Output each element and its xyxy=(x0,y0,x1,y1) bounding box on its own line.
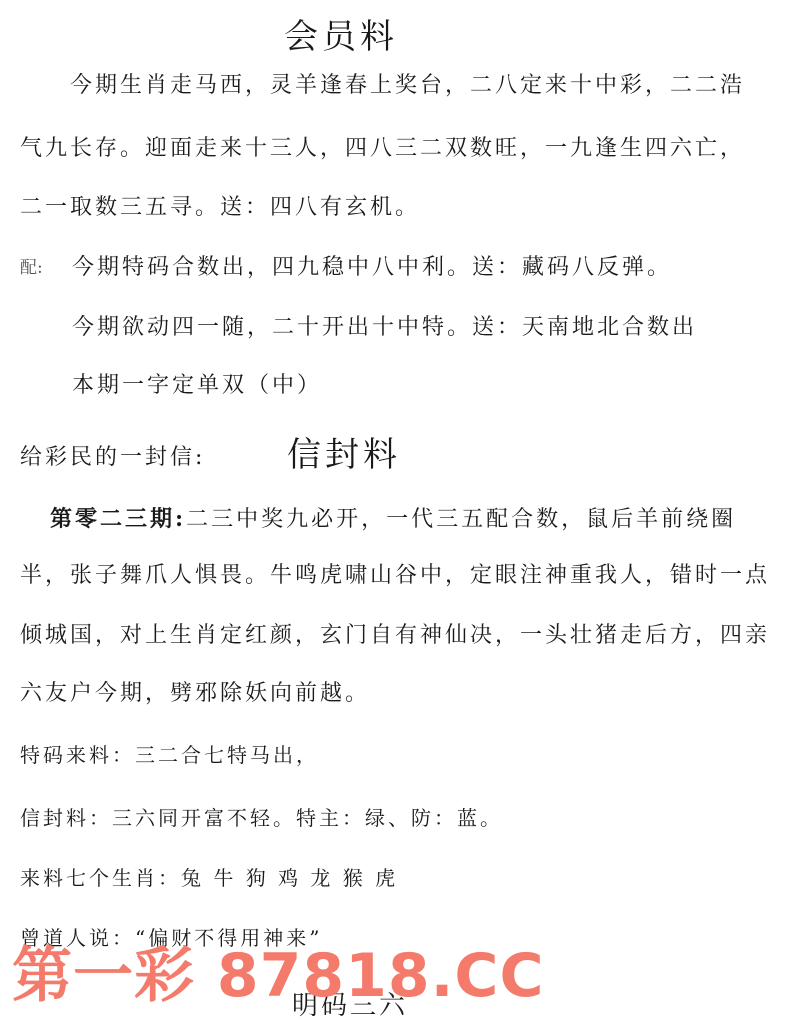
letter-body-1: 二三中奖九必开，一代三五配合数，鼠后羊前绕圈 xyxy=(186,507,736,532)
pei-label: 配: xyxy=(20,260,43,277)
member-poem-line-1: 今期生肖走马西，灵羊逢春上奖台，二八定来十中彩，二二浩 xyxy=(70,75,745,97)
member-poem-line-3: 二一取数三五寻。送：四八有玄机。 xyxy=(20,197,420,219)
issue-label: 第零二三期: xyxy=(50,506,186,532)
seven-zodiacs-label: 来料七个生肖： xyxy=(20,866,181,890)
seven-zodiacs-note: 来料七个生肖：兔 牛 狗 鸡 龙 猴 虎 xyxy=(20,868,398,888)
envelope-note: 信封料：三六同开富不轻。特主：绿、防：蓝。 xyxy=(20,808,503,828)
member-section-title: 会员料 xyxy=(284,20,398,54)
letter-intro: 给彩民的一封信: xyxy=(20,447,205,469)
special-code-note: 特码来料：三二合七特马出， xyxy=(20,745,319,765)
letter-line-3: 倾城国，对上生肖定红颜，玄门自有神仙决，一头壮猪走后方，四亲 xyxy=(20,625,770,647)
letter-line-2: 半，张子舞爪人惧畏。牛鸣虎啸山谷中，定眼注神重我人，错时一点 xyxy=(20,565,770,587)
letter-section-title: 信封料 xyxy=(287,438,401,472)
seven-zodiacs-list: 兔 牛 狗 鸡 龙 猴 虎 xyxy=(181,866,398,890)
site-watermark: 第一彩 87818.CC xyxy=(12,946,545,1006)
pei-line-3: 本期一字定单双（中） xyxy=(72,375,322,397)
pei-line-2: 今期欲动四一随，二十开出十中特。送：天南地北合数出 xyxy=(72,317,697,339)
letter-line-1: 第零二三期:二三中奖九必开，一代三五配合数，鼠后羊前绕圈 xyxy=(50,508,736,531)
letter-line-4: 六友户今期，劈邪除妖向前越。 xyxy=(20,683,370,705)
pei-line-1: 今期特码合数出，四九稳中八中利。送：藏码八反弹。 xyxy=(72,257,672,279)
member-poem-line-2: 气九长存。迎面走来十三人，四八三二双数旺，一九逢生四六亡， xyxy=(20,138,745,160)
